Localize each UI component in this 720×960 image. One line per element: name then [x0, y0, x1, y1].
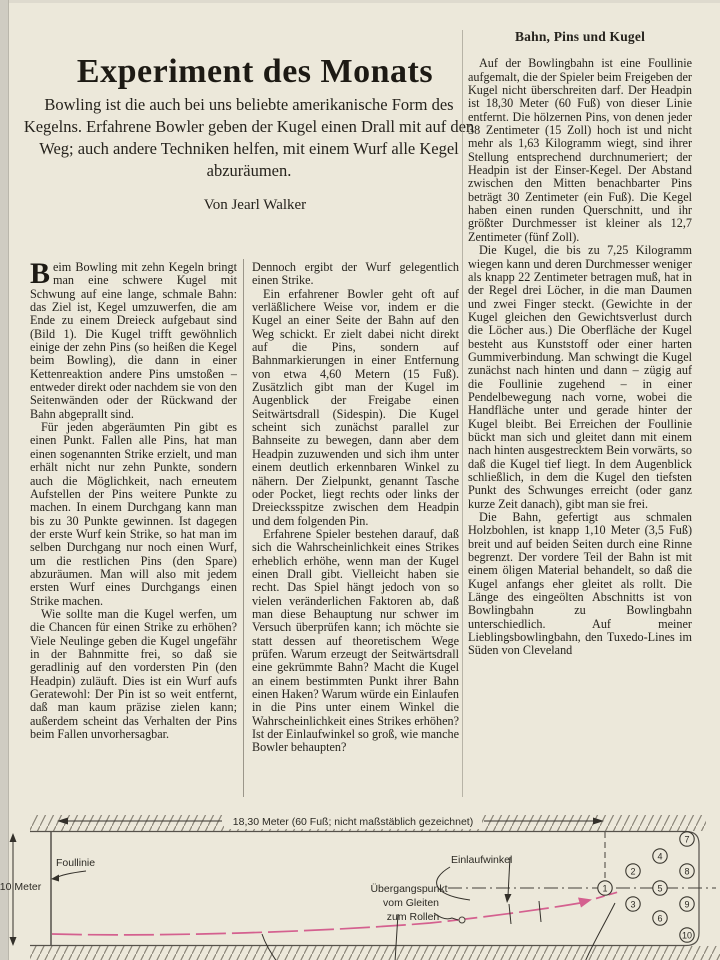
- entry-angle-leader-arrow: [505, 894, 512, 903]
- svg-text:7: 7: [684, 835, 689, 845]
- pin-5: 5: [653, 881, 667, 895]
- ball-path: [52, 903, 583, 935]
- paragraph: Ein erfahrener Bowler geht oft auf verlä…: [252, 288, 459, 528]
- pin-8: 8: [680, 864, 694, 878]
- width-arrowhead-bottom: [10, 937, 17, 946]
- angle-tick-2: [539, 901, 541, 922]
- paragraph: Für jeden abgeräumten Pin gibt es einen …: [30, 421, 237, 608]
- pin-3: 3: [626, 897, 640, 911]
- width-label: 1,10 Meter: [0, 881, 42, 893]
- article-subtitle: Bowling ist die auch bei uns beliebte am…: [16, 94, 482, 182]
- svg-text:8: 8: [684, 867, 689, 877]
- article-byline: Von Jearl Walker: [30, 197, 480, 214]
- foul-line-label: Foullinie: [56, 857, 95, 869]
- gutter-hatch-bottom: [30, 946, 720, 960]
- paragraph: Wie sollte man die Kugel werfen, um die …: [30, 608, 237, 741]
- pin-7: 7: [680, 832, 694, 846]
- column-middle: Dennoch ergibt der Wurf gelegentlich ein…: [252, 261, 459, 795]
- lane-diagram: 18,30 Meter (60 Fuß; nicht maßstäblich g…: [0, 810, 720, 960]
- width-arrowhead-top: [10, 833, 17, 842]
- bowling-lane-figure: 18,30 Meter (60 Fuß; nicht maßstäblich g…: [0, 810, 720, 960]
- pin-2: 2: [626, 864, 640, 878]
- paragraph: Die Kugel, die bis zu 7,25 Kilogramm wie…: [468, 244, 692, 511]
- pin-1: 1: [598, 881, 612, 895]
- transition-point: [459, 917, 465, 923]
- page-title: Experiment des Monats: [30, 53, 480, 91]
- column-divider-left: [243, 259, 244, 797]
- foul-line-leader-arrow: [51, 875, 59, 882]
- dimension-label: 18,30 Meter (60 Fuß; nicht maßstäblich g…: [233, 816, 473, 828]
- svg-text:4: 4: [657, 852, 662, 862]
- column-divider-right: [462, 30, 463, 797]
- svg-text:10: 10: [682, 931, 692, 941]
- svg-text:5: 5: [657, 884, 662, 894]
- drop-cap: B: [30, 261, 53, 286]
- paragraph: Die Bahn, gefertigt aus schmalen Holzboh…: [468, 511, 692, 658]
- transition-label-1: Übergangspunkt: [370, 883, 447, 895]
- svg-text:2: 2: [630, 867, 635, 877]
- svg-text:3: 3: [630, 900, 635, 910]
- pin-10: 10: [680, 928, 694, 942]
- transition-label-3: zum Rollen: [387, 911, 440, 923]
- column-left: Beim Bowling mit zehn Kegeln bringt man …: [30, 261, 237, 795]
- pin-9: 9: [680, 897, 694, 911]
- svg-text:9: 9: [684, 900, 689, 910]
- paragraph-text: eim Bowling mit zehn Kegeln bringt man e…: [30, 261, 237, 421]
- pin-4: 4: [653, 849, 667, 863]
- column-right: Bahn, Pins und Kugel Auf der Bowlingbahn…: [468, 30, 692, 796]
- ball-path-arrowhead: [578, 898, 592, 908]
- section-heading: Bahn, Pins und Kugel: [468, 30, 692, 43]
- svg-text:6: 6: [657, 914, 662, 924]
- paragraph: Beim Bowling mit zehn Kegeln bringt man …: [30, 261, 237, 421]
- paragraph: Auf der Bowlingbahn ist eine Foullinie a…: [468, 57, 692, 244]
- paragraph: Erfahrene Spieler bestehen darauf, daß s…: [252, 528, 459, 755]
- entry-angle-label: Einlaufwinkel: [451, 854, 512, 866]
- pin-6: 6: [653, 911, 667, 925]
- svg-text:1: 1: [602, 884, 607, 894]
- paragraph: Dennoch ergibt der Wurf gelegentlich ein…: [252, 261, 459, 288]
- foul-line-leader: [56, 871, 86, 878]
- transition-label-2: vom Gleiten: [383, 897, 439, 909]
- page-top-edge: [0, 0, 720, 3]
